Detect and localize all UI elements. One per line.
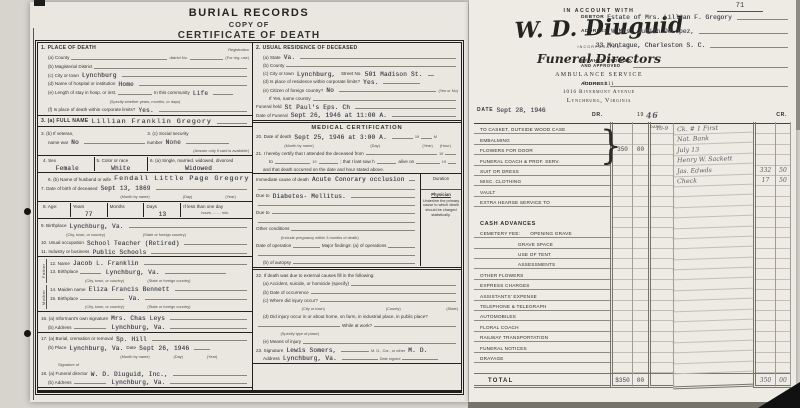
entry-note-handwritten [673,369,754,390]
certificate-left-column: 1. PLACE OF DEATHRegistration(a) Countyd… [38,43,253,390]
form-row: 4. SexFemale5. Color or raceWhite6. (a) … [38,157,252,171]
field-rule [311,293,456,294]
certificate-header: BURIAL RECORDS COPY OF CERTIFICATE OF DE… [30,2,468,41]
form-row: (Month by name)(Day)(Year)(Hour) [253,140,461,148]
form-row: 3. (b) If veteran,3. (c) Social security [38,128,252,137]
burial-records-title: BURIAL RECORDS [30,7,468,19]
section-divider [38,201,252,202]
cell-value: 77 [85,211,93,218]
field-label: Address [256,356,280,362]
debtor-address-value-2: 33 Montague, Charleston S. C. [596,42,706,49]
field-rule [341,351,369,352]
field-rule [84,143,145,144]
form-row: name warNonumberNone [38,137,252,146]
form-cell: Years77 [70,203,107,217]
section-divider [38,387,252,388]
section-divider [253,120,461,123]
field-label: (b) Address [41,380,72,386]
form-row: (d) Name of hospital or institutionHome [38,79,252,88]
form-row: 23. SignatureLewis Somers,M. D., Cor., o… [253,345,461,353]
field-rule [421,138,432,139]
form-row: (b) Date of occurrence [253,287,461,295]
field-rule [71,59,167,60]
form-row: 17. (a) Burial, cremation or removalSp. … [38,334,252,343]
form-row: 8. Age:Years77MonthsDays13If less than o… [38,203,252,217]
field-rule [377,163,397,164]
form-row: (Specify type of place) [253,329,461,337]
field-label: and that death occurred on the date and … [256,167,384,173]
field-rule [319,163,339,164]
field-rule [175,290,248,291]
field-rule [409,180,415,181]
form-row: and that death occurred on the date and … [253,165,461,173]
street-address-label: 1016 Rivermont Avenue [484,89,714,95]
field-rule [383,83,419,84]
certificate-right-column: 2. USUAL RESIDENCE OF DECEASED(a) StateV… [253,43,461,390]
debtor-address-line-2: 33 Montague, Charleston S. C. [581,42,790,49]
debit-cents-cell: 00 [632,370,648,388]
field-value-typed: Lynchburg, Va. [111,324,165,331]
physician-sidebar: DurationPhysicianUnderline the primary c… [420,174,461,265]
form-row: (Include pregnancy within 3 months of de… [253,233,420,241]
form-cell: If less than one dayhours ........ min. [180,203,249,217]
parent-group: Mother14. Maiden nameEliza Francis Benne… [38,284,252,310]
ledger-label-text: DRAYAGE [480,356,504,361]
paper-edge-shadow [33,28,34,400]
form-row: (d) Is place of residence within corpora… [253,77,461,85]
form-row: (e) Length of stay in hosp. or inst.In t… [38,87,252,96]
form-row: (c) City or townLynchburg,Street No.501 … [253,69,461,77]
field-rule [74,383,107,384]
group-rows: 14. Maiden nameEliza Francis Bennett15. … [47,284,252,310]
form-row: 12. NameJacob L. Franklin [47,258,252,267]
section-divider [38,172,252,173]
section-divider [38,155,252,156]
form-row: 20. Date of deathSept 25, 1946 at 3:00 A… [253,132,461,140]
certificate-of-death-document: BURIAL RECORDS COPY OF CERTIFICATE OF DE… [30,2,468,402]
field-hint: (State or foreign country) [147,304,190,310]
field-rule [339,91,436,92]
form-row: Immediate cause of deathAcute Conorary o… [253,174,420,182]
form-row: 9. BirthplaceLynchburg, Va. [38,220,252,229]
form-row: (Month by name)(Day)(Year) [38,192,252,201]
scan-ink-mark [34,0,45,6]
form-row: (Answer only if card is available) [38,146,252,155]
form-cell: Days13 [143,203,180,217]
field-rule [258,205,415,206]
form-row: 18. (a) Funeral directorW. D. Diuguid, I… [38,368,252,377]
form-row: (City, town, or country)(State or foreig… [47,276,252,285]
ledger-rows: TO CASKET, OUTSIDE WOOD CASE10-9Ck. # 1 … [474,124,791,388]
certificate-form: 1. PLACE OF DEATHRegistration(a) Countyd… [37,42,462,393]
form-row: 15. BirthplaceVa. [47,293,252,302]
scan-bottom-shadow [468,402,800,408]
address-line-2-rule [710,47,788,48]
field-label: 11. Industry or business [41,249,89,255]
orderer-address-rule [610,86,788,87]
form-row: 2. USUAL RESIDENCE OF DECEASED [253,44,461,52]
field-rule [392,116,456,117]
form-row [253,183,420,191]
certificate-of-death-title: CERTIFICATE OF DEATH [30,30,468,41]
form-row: 14. Maiden nameEliza Francis Bennett [47,284,252,293]
field-rule [445,154,456,155]
field-rule [80,273,101,274]
field-rule [291,230,415,231]
field-rule [366,154,437,155]
field-rule [374,326,456,327]
address-line-rule [699,33,788,34]
form-row: 7. Date of birth of deceasedSept 13, 186… [38,183,252,192]
debtor-label: DEBTOR [581,15,604,21]
form-row: AddressLynchburg, Va.Date signed [253,354,461,362]
orderer-address-label: ADDRESS [581,82,608,88]
form-row: (Month by name)(Day)(Year) [38,351,252,360]
card-edge-shadow [796,0,800,130]
field-rule [165,273,227,274]
section-title: 1. PLACE OF DEATH [41,46,96,53]
group-rows: 12. NameJacob L. Franklin13. BirthplaceL… [47,258,252,284]
field-rule [448,163,456,164]
cell-value: hours ........ min. [201,210,229,216]
debtor-value: Estate of Mrs. Lillian F. Gregory [607,14,732,21]
form-row: 16. (a) Informant's own signatureMrs. Ch… [38,313,252,322]
credit-cents-cell: 00 [775,370,791,388]
field-rule [303,343,456,344]
field-rule [80,299,124,300]
form-row: Funeral heldSt Paul's Eps. Ch [253,102,461,110]
field-rule [428,75,434,76]
ordered-by-line: BY WHOM ORDERED AND APPROVED [581,58,790,69]
field-rule [213,94,233,95]
field-rule [286,66,456,67]
cell-label: Years [73,204,105,209]
field-rule [118,94,152,95]
form-row: (b) AddressLynchburg, Va. [38,377,252,386]
form-row: (c) Where did injury occur? [253,296,461,304]
section-divider [253,267,461,270]
form-row: While at work? [253,321,461,329]
field-rule [342,359,378,360]
form-row: (b) Magisterial District [38,61,252,70]
form-row: If Yes, name country [253,94,461,102]
field-hint: (Day) [183,194,193,200]
section-divider [38,256,252,257]
field-rule [170,328,247,329]
cell-value: 13 [159,211,167,218]
ledger-label-text: TOTAL [488,378,513,384]
section-divider [253,363,461,364]
section-divider [38,332,252,333]
ambulance-service-label: AMBULANCE SERVICE [484,72,714,78]
year-handwritten: 46 [646,110,659,121]
field-rule [170,383,247,384]
field-rule [159,111,247,112]
cell-label: 4. Sex [43,158,92,163]
debtor-address-value-1: ℅ Mrs. Judith DeLopez, [611,28,694,35]
form-row: (a) StateVa. [253,52,461,60]
debtor-line: DEBTOR Estate of Mrs. Lillian F. Gregory [581,14,790,21]
duration-column-label: Duration [421,174,461,190]
form-row: 3. (a) FULL NAMELillian Franklin Gregory [38,117,252,126]
cell-label: 5. Color or race [97,158,146,163]
credit-dollars-cell: 350 [753,370,775,388]
city-state-label: Lynchburg, Virginia [484,97,714,104]
ordered-by-rule [633,67,788,68]
cell-label: 8. Age: [43,204,68,209]
field-hint: (City, town, or country) [85,304,124,310]
cell-value: Female [56,165,79,172]
debit-column-label: DR. [592,112,603,118]
field-rule [151,253,247,254]
form-row: Due toDiabetes- Mellitus. [253,191,420,199]
field-rule [320,301,456,302]
parent-group: Father12. NameJacob L. Franklin13. Birth… [38,258,252,284]
cause-rows: Immediate cause of deathAcute Conorary o… [253,174,420,265]
field-rule [173,375,247,376]
form-row: (c) City or townLynchburg [38,70,252,79]
field-rule [351,197,415,198]
field-rule [122,76,247,77]
form-row: 1. PLACE OF DEATHRegistration [38,44,252,53]
field-hint: (Answer only if card is available) [193,148,249,154]
field-rule [139,85,247,86]
form-row: 19. (a) Cemetery: [38,389,252,390]
field-label: (b) Address [41,325,72,331]
field-rule [416,163,440,164]
form-cell: 6. (a) Single, married, widowed, divorce… [147,157,249,171]
form-cell: 5. Color or raceWhite [94,157,148,171]
ledger-item-label: TOTAL [474,370,610,388]
form-row: (b) PlaceLynchburg, Va.DateSept 26, 1946 [38,342,252,351]
section-title: 3. (a) FULL NAME [41,119,88,126]
field-rule [156,189,247,190]
section-divider [38,218,252,219]
ledger-table: DATE } TO CASKET, OUTSIDE WOOD CASE10-9C… [474,123,791,388]
field-value-typed: Lynchburg, Va. [111,379,165,386]
form-row: Date of FuneralSept 26, 1946 at 11:00 A. [253,110,461,118]
field-value-typed: Lillian Franklin Gregory [91,118,211,126]
cell-label: Months [110,204,142,209]
form-cell: 4. SexFemale [41,157,94,171]
ordered-by-label: BY WHOM ORDERED AND APPROVED [581,58,631,69]
form-row: (City or town)(County)(State) [253,304,461,312]
form-row: Other conditions [253,224,420,232]
physician-instruction: Underline the primary cause to which dea… [423,199,460,218]
scanned-burial-record-page: BURIAL RECORDS COPY OF CERTIFICATE OF DE… [0,0,800,408]
form-row [253,216,420,224]
form-row: (b) County [253,61,461,69]
date-column-label: DATE [650,125,661,129]
form-cell: Months [107,203,144,217]
field-rule [94,68,247,69]
debtor-address-line-1: ADDRESS ℅ Mrs. Judith DeLopez, [581,28,790,35]
field-rule [258,189,415,190]
form-row: Signature of [38,360,252,369]
funeral-account-card: IN ACCOUNT WITH 71 W. D. Diuguid INCORPO… [469,0,796,403]
field-rule [402,359,438,360]
form-row: 22. If death was due to external causes … [253,271,461,279]
form-row: Due to [253,208,420,216]
field-rule [275,163,310,164]
field-rule [388,247,415,248]
form-row: (City, town, or country)(State or foreig… [47,302,252,311]
field-rule [293,263,415,264]
cell-value: Widowed [185,165,212,172]
ledger-row: TOTAL$3500035000 [474,373,791,388]
field-rule [190,59,224,60]
account-number: 71 [717,2,763,12]
section-divider [38,126,252,127]
field-value-typed: Yes. [138,107,153,114]
entry-date-handwritten [648,370,673,388]
form-row: 11. Industry or businessPublic Schools [38,246,252,255]
form-row: to19; that I last saw halive on19 [253,157,461,165]
field-label: (b) of autopsy [256,260,291,266]
field-value-typed: Public Schools [92,249,146,256]
form-row: 21. I hereby certify that I attended the… [253,149,461,157]
form-row: (e) Citizen of foreign country?No(Yes or… [253,85,461,93]
field-rule [145,299,247,300]
field-rule [392,138,413,139]
field-hint: (Month by name) [120,194,149,200]
section-divider [38,115,252,116]
cell-label: 6. (a) Single, married, widowed, divorce… [150,158,247,163]
form-row: (b) of autopsy [253,257,420,265]
form-row: (e) Means of injury [253,337,461,345]
form-row: Date of operationMajor findings: (a) of … [253,241,420,249]
cell-value: White [111,165,130,172]
field-hint: (Year) [225,194,235,200]
field-rule [351,285,456,286]
physician-note: PhysicianUnderline the primary cause to … [421,190,461,219]
cell-label: Days [146,204,178,209]
form-row: (a) Accident, suicide, or homicide (spec… [253,279,461,287]
field-value-typed: Lynchburg, Va. [283,355,337,362]
copy-of-subtitle: COPY OF [30,20,468,29]
field-label: (f) Is place of death within corporate l… [41,107,135,113]
section-title: 2. USUAL RESIDENCE OF DECEASED [256,46,357,53]
field-hint: Date signed [380,356,401,362]
form-row: (f) Is place of death within corporate l… [38,105,252,114]
hole-punch-mark [24,208,31,215]
year-printed: 19 [637,112,644,118]
field-rule [186,143,229,144]
form-row [253,249,420,257]
ordered-by-label-2: AND APPROVED [581,63,621,68]
debit-dollars-cell: $350 [610,370,632,388]
form-row: 6. (b) Name of husband or wifeFendall Li… [38,174,252,183]
form-row [253,199,420,207]
section-title: MEDICAL CERTIFICATION [311,125,402,132]
field-rule [194,349,210,350]
field-rule [144,264,248,265]
field-rule [170,319,247,320]
form-row: 13. BirthplaceLynchburg, Va. [47,267,252,276]
field-rule [272,213,415,214]
form-row: (a) Countydistrict No.(For reg. use) [38,53,252,62]
field-rule [293,247,320,248]
form-row: (City, town, or country)(State or foreig… [38,229,252,238]
form-cell: 8. Age: [41,203,70,217]
field-rule [129,227,247,228]
field-rule [217,123,247,124]
debtor-line-rule [737,19,788,20]
ledger-label-text: EXTRA HEARSE SERVICE TO [480,200,550,205]
section-divider [38,311,252,312]
field-rule [300,58,456,59]
field-rule [313,100,456,101]
hole-punch-mark [24,330,31,337]
field-value-typed: Sept 26, 1946 at 11:00 A. [291,112,387,119]
form-row: 10. Usual occupationSchool Teacher (Reti… [38,238,252,247]
field-rule [184,244,247,245]
orderer-address-line: ADDRESS [581,82,790,88]
cause-of-death-group: Immediate cause of deathAcute Conorary o… [253,173,461,265]
credit-column-label: CR. [776,112,787,118]
form-row: (d) Did injury occur in or about home, o… [253,312,461,320]
form-row: (Specify whether years, months, or days) [38,96,252,105]
field-rule [152,340,247,341]
cell-label: If less than one day [183,204,247,209]
field-label: Date of Funeral [256,113,288,119]
grouping-brace: } [600,122,622,170]
form-row: (b) AddressLynchburg, Va. [38,322,252,331]
field-rule [258,255,415,256]
field-rule [74,328,107,329]
physician-title: Physician [423,192,460,197]
form-row: MEDICAL CERTIFICATION [253,124,461,132]
field-rule [258,222,415,223]
field-rule [258,326,340,327]
address-label: ADDRESS [581,29,608,35]
field-rule [355,108,456,109]
